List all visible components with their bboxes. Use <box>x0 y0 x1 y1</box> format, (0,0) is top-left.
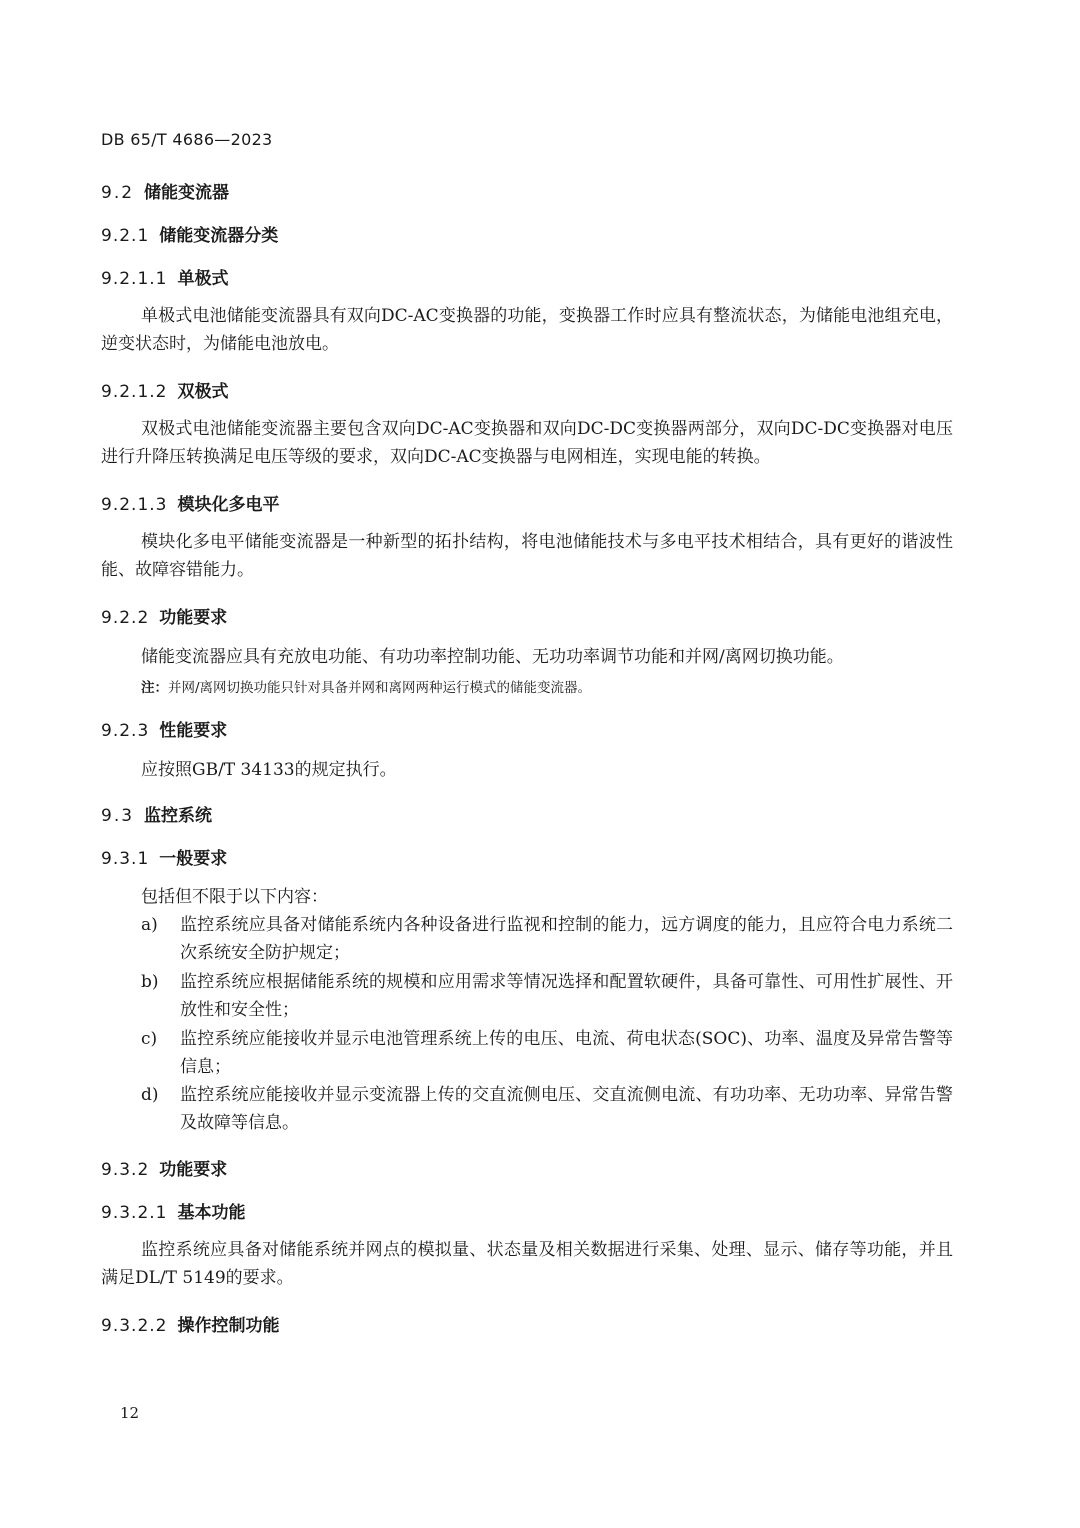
list-marker: a) <box>141 911 158 939</box>
list-item-c: c)监控系统应能接收并显示电池管理系统上传的电压、电流、荷电状态(SOC)、功率… <box>141 1025 953 1081</box>
document-id: DB 65/T 4686—2023 <box>101 130 273 149</box>
heading-number: 9.2.3 <box>101 721 149 741</box>
heading-9-2-3: 9.2.3性能要求 <box>101 716 227 741</box>
list-marker: d) <box>141 1081 159 1109</box>
heading-9-2-2: 9.2.2功能要求 <box>101 603 227 628</box>
list-item-text: 监控系统应具备对储能系统内各种设备进行监视和控制的能力，远方调度的能力，且应符合… <box>180 911 953 967</box>
list-marker: b) <box>141 968 159 996</box>
heading-title: 单极式 <box>177 269 228 289</box>
heading-9-3-2-2: 9.3.2.2操作控制功能 <box>101 1311 279 1336</box>
list-item-b: b)监控系统应根据储能系统的规模和应用需求等情况选择和配置软硬件，具备可靠性、可… <box>141 968 953 1024</box>
heading-9-3: 9.3监控系统 <box>101 801 212 826</box>
list-item-a: a)监控系统应具备对储能系统内各种设备进行监视和控制的能力，远方调度的能力，且应… <box>141 911 953 967</box>
list-marker: c) <box>141 1025 157 1053</box>
heading-title: 储能变流器分类 <box>159 226 278 246</box>
heading-9-3-2: 9.3.2功能要求 <box>101 1155 227 1180</box>
heading-9-2-1-3: 9.2.1.3模块化多电平 <box>101 490 279 515</box>
heading-title: 功能要求 <box>159 1160 227 1180</box>
note-text: 并网/离网切换功能只针对具备并网和离网两种运行模式的储能变流器。 <box>168 680 591 696</box>
heading-9-2-1: 9.2.1储能变流器分类 <box>101 221 278 246</box>
heading-number: 9.2.1.2 <box>101 382 167 402</box>
heading-9-2-1-1: 9.2.1.1单极式 <box>101 264 228 289</box>
paragraph-dual-stage: 双极式电池储能变流器主要包含双向DC-AC变换器和双向DC-DC变换器两部分，双… <box>101 415 953 471</box>
heading-title: 双极式 <box>177 382 228 402</box>
heading-title: 功能要求 <box>159 608 227 628</box>
list-item-text: 监控系统应根据储能系统的规模和应用需求等情况选择和配置软硬件，具备可靠性、可用性… <box>180 968 953 1024</box>
heading-title: 模块化多电平 <box>177 495 279 515</box>
heading-number: 9.3.2 <box>101 1160 149 1180</box>
heading-number: 9.3.1 <box>101 849 149 869</box>
list-item-text: 监控系统应能接收并显示电池管理系统上传的电压、电流、荷电状态(SOC)、功率、温… <box>180 1025 953 1081</box>
heading-title: 基本功能 <box>177 1203 245 1223</box>
heading-number: 9.2 <box>101 183 134 203</box>
paragraph-performance-requirements: 应按照GB/T 34133的规定执行。 <box>141 756 397 784</box>
heading-number: 9.2.1.1 <box>101 269 167 289</box>
heading-number: 9.2.2 <box>101 608 149 628</box>
paragraph-basic-functions: 监控系统应具备对储能系统并网点的模拟量、状态量及相关数据进行采集、处理、显示、储… <box>101 1236 953 1292</box>
heading-title: 性能要求 <box>159 721 227 741</box>
heading-9-2-1-2: 9.2.1.2双极式 <box>101 377 228 402</box>
heading-9-3-2-1: 9.3.2.1基本功能 <box>101 1198 245 1223</box>
heading-title: 一般要求 <box>159 849 227 869</box>
page-number: 12 <box>120 1404 139 1422</box>
heading-number: 9.2.1 <box>101 226 149 246</box>
list-item-text: 监控系统应能接收并显示变流器上传的交直流侧电压、交直流侧电流、有功功率、无功功率… <box>180 1081 953 1137</box>
heading-number: 9.3.2.2 <box>101 1316 167 1336</box>
heading-9-2: 9.2储能变流器 <box>101 178 229 203</box>
heading-9-3-1: 9.3.1一般要求 <box>101 844 227 869</box>
paragraph-modular-multilevel: 模块化多电平储能变流器是一种新型的拓扑结构，将电池储能技术与多电平技术相结合，具… <box>101 528 953 584</box>
heading-number: 9.2.1.3 <box>101 495 167 515</box>
heading-number: 9.3.2.1 <box>101 1203 167 1223</box>
heading-title: 监控系统 <box>144 806 212 826</box>
note-label: 注： <box>141 680 168 696</box>
heading-number: 9.3 <box>101 806 134 826</box>
paragraph-single-stage: 单极式电池储能变流器具有双向DC-AC变换器的功能，变换器工作时应具有整流状态，… <box>101 302 953 358</box>
paragraph-function-requirements: 储能变流器应具有充放电功能、有功功率控制功能、无功功率调节功能和并网/离网切换功… <box>141 643 844 671</box>
heading-title: 储能变流器 <box>144 183 229 203</box>
paragraph-general-intro: 包括但不限于以下内容： <box>141 883 328 911</box>
note: 注：并网/离网切换功能只针对具备并网和离网两种运行模式的储能变流器。 <box>141 676 591 696</box>
list-item-d: d)监控系统应能接收并显示变流器上传的交直流侧电压、交直流侧电流、有功功率、无功… <box>141 1081 953 1137</box>
heading-title: 操作控制功能 <box>177 1316 279 1336</box>
